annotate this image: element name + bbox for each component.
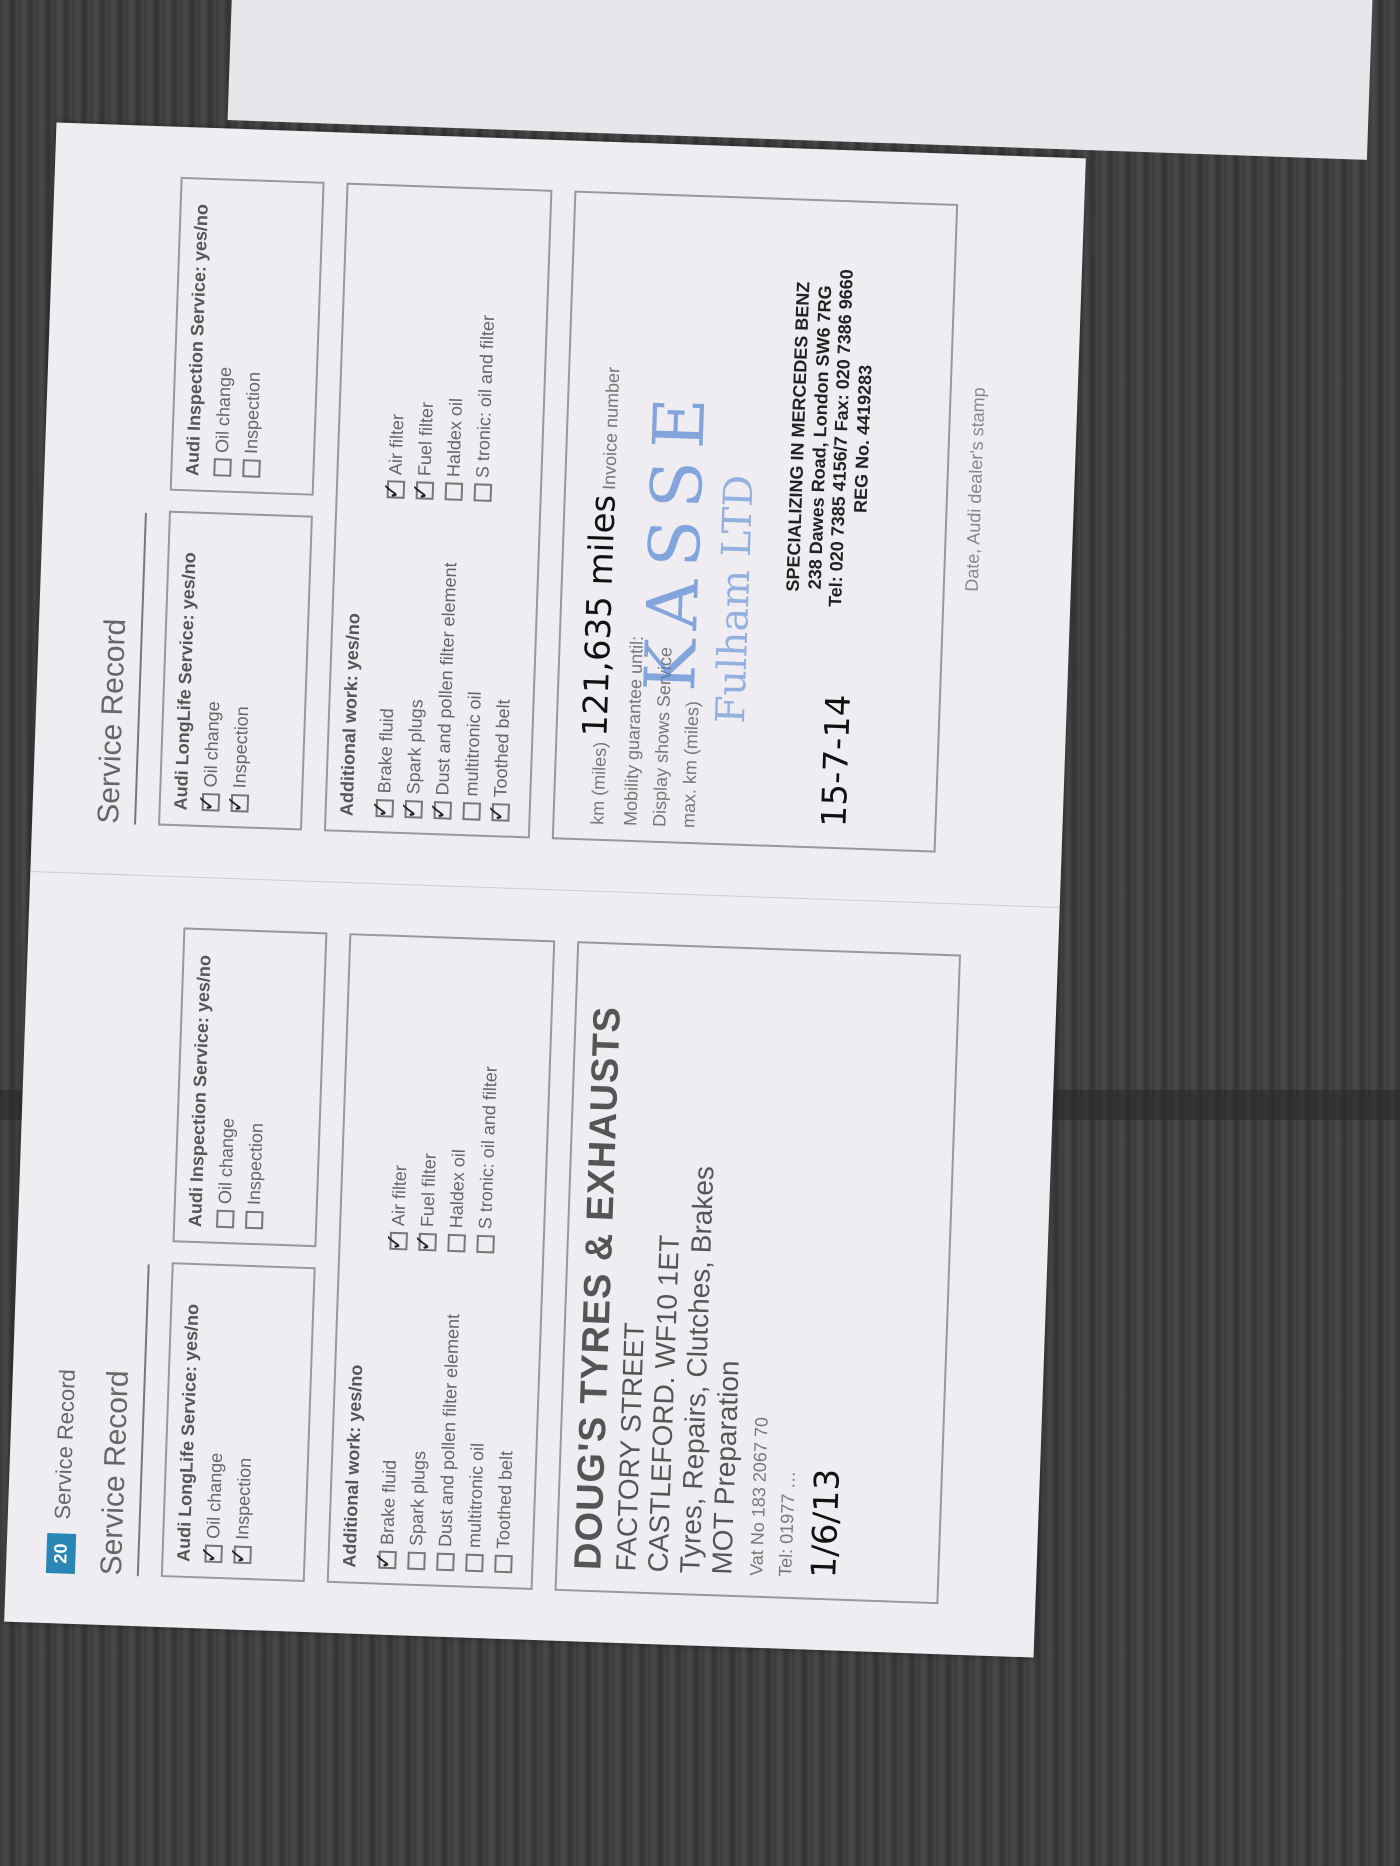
inspection-service-box: Audi Inspection Service: yes/no Oil chan… [172, 927, 327, 1247]
running-header: 20 Service Record [46, 923, 98, 1574]
checkbox[interactable] [494, 1555, 513, 1574]
checkbox[interactable] [204, 1545, 223, 1564]
checkbox[interactable] [473, 484, 492, 503]
checkbox[interactable] [415, 482, 434, 501]
dealer-stamp-blue: KASSE [629, 384, 722, 692]
checkbox[interactable] [233, 1546, 252, 1565]
checkbox[interactable] [491, 803, 510, 822]
service-stamp-box: DOUG'S TYRES & EXHAUSTS FACTORY STREET C… [555, 941, 961, 1604]
checkbox[interactable] [213, 459, 232, 478]
dealer-stamp: SPECIALIZING IN MERCEDES BENZ 238 Dawes … [782, 267, 880, 608]
checkbox[interactable] [433, 801, 452, 820]
checkbox[interactable] [244, 1211, 263, 1230]
checkbox[interactable] [444, 483, 463, 502]
additional-work-box: Additional work: yes/no Brake fluid Spar… [324, 183, 553, 839]
right-page: Service Record Audi LongLife Service: ye… [30, 122, 1086, 907]
left-page: 20 Service Record Service Record Audi Lo… [4, 872, 1060, 1657]
longlife-service-box: Audi LongLife Service: yes/no Oil change… [158, 511, 313, 830]
garage-stamp: DOUG'S TYRES & EXHAUSTS FACTORY STREET C… [567, 1005, 864, 1578]
page-title: Service Record [92, 512, 147, 825]
checkbox[interactable] [436, 1553, 455, 1572]
checkbox[interactable] [462, 802, 481, 821]
checkbox[interactable] [201, 793, 220, 812]
checkbox[interactable] [242, 460, 261, 479]
running-title: Service Record [49, 1369, 80, 1520]
checkbox[interactable] [230, 794, 249, 813]
checkbox[interactable] [407, 1552, 426, 1571]
handwritten-mileage: 121,635 miles [575, 494, 623, 737]
additional-work-box: Additional work: yes/no Brake fluid Spar… [327, 933, 556, 1590]
page-title: Service Record [95, 1263, 150, 1576]
checkbox[interactable] [404, 800, 423, 819]
checkbox[interactable] [378, 1551, 397, 1570]
checkbox[interactable] [465, 1554, 484, 1573]
checkbox[interactable] [418, 1233, 437, 1252]
dealer-stamp-caption: Date, Audi dealer's stamp [962, 387, 990, 592]
handwritten-date: 15-7-14 [814, 694, 859, 828]
checkbox[interactable] [476, 1235, 495, 1254]
checkbox[interactable] [386, 481, 405, 500]
service-booklet: 20 Service Record Service Record Audi Lo… [4, 122, 1086, 1657]
checkbox[interactable] [216, 1210, 235, 1229]
checkbox[interactable] [447, 1234, 466, 1253]
page-number: 20 [46, 1533, 76, 1574]
longlife-service-box: Audi LongLife Service: yes/no Oil change… [161, 1262, 316, 1582]
handwritten-date: 1/6/13 [804, 1014, 864, 1579]
checkbox[interactable] [375, 799, 394, 818]
inspection-service-box: Audi Inspection Service: yes/no Oil chan… [170, 177, 325, 496]
service-stamp-box: km (miles) 121,635 miles Invoice number … [552, 191, 958, 853]
checkbox[interactable] [389, 1232, 408, 1251]
